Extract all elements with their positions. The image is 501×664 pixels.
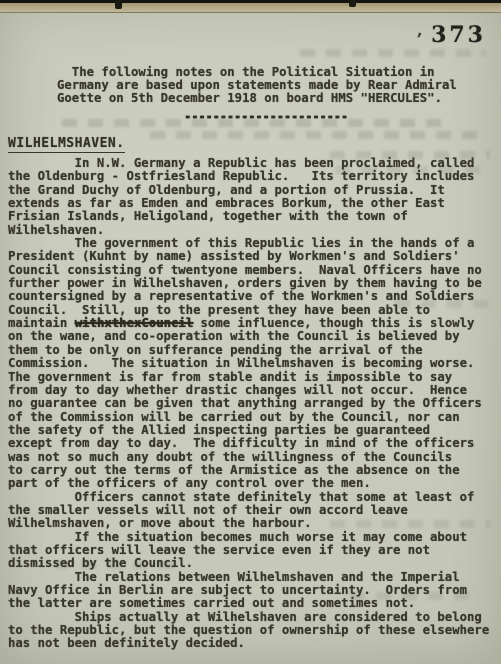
text-line: Frisian Islands, Heligoland, together wi… [8, 210, 501, 223]
text-line: on the wane, and co-operation with the C… [8, 330, 501, 343]
text-line: has not been definitely decided. [8, 637, 501, 650]
text-line: of the Commission will be carried out by… [8, 411, 501, 424]
text-line: the Oldenburg - Ostfriesland Republic. I… [8, 170, 501, 183]
text-line: The relations between Wilhelmshaven and … [8, 571, 501, 584]
text-line: The government is far from stable andit … [8, 371, 501, 384]
intro-block: The following notes on the Political Sit… [57, 66, 457, 105]
intro-line: The following notes on the Political Sit… [57, 66, 457, 79]
bleedthrough-smudge [150, 131, 480, 139]
text-line: President (Kuhnt by name) assisted by Wo… [8, 250, 501, 263]
paragraph: If the situation becomes much worse it m… [8, 531, 501, 571]
paragraph: Ships actually at Wilhelshaven are consi… [8, 611, 501, 651]
paper-edge-strip [0, 3, 501, 13]
text-line: countersigned by a representative of the… [8, 290, 501, 303]
page-number: 373 [431, 22, 486, 48]
dashed-separator: ----------------------- [184, 108, 348, 123]
paragraph: The relations between Wilhelmshaven and … [8, 571, 501, 611]
section-heading: WILHELMSHAVEN. [8, 136, 125, 153]
text-line: part of the officers of any control over… [8, 477, 501, 490]
text-line: no guarantee can be given that anything … [8, 397, 501, 410]
text-line: the latter are sometimes carried out and… [8, 597, 501, 610]
document-body: In N.W. Germany a Republic has been proc… [8, 157, 501, 651]
binding-notch [349, 0, 356, 7]
stray-pen-mark: ’ [413, 29, 424, 48]
text-line: Officers cannot state definitely that so… [8, 491, 501, 504]
paragraph: In N.W. Germany a Republic has been proc… [8, 157, 501, 237]
text-line: Wilhelmshaven, or move about the harbour… [8, 517, 501, 530]
intro-line: Goette on 5th December 1918 on board HMS… [57, 92, 457, 105]
bleedthrough-smudge [300, 49, 485, 57]
paragraph: The government of this Republic lies in … [8, 237, 501, 491]
text-line: the Grand Duchy of Oldenburg, and a port… [8, 184, 501, 197]
text-line: except from day to day. The difficulty i… [8, 437, 501, 450]
intro-line: Germany are based upon statements made b… [57, 79, 457, 92]
binding-notch [115, 0, 122, 9]
document-page: ’ 373 The following notes on the Politic… [0, 0, 501, 664]
text-line: dismissed by the Council. [8, 557, 501, 570]
text-line: If the situation becomes much worse it m… [8, 531, 501, 544]
text-line: was not so much any doubt of the willing… [8, 451, 501, 464]
text-line: Commission. The situation in Wilhelmshav… [8, 357, 501, 370]
paragraph: Officers cannot state definitely that so… [8, 491, 501, 531]
